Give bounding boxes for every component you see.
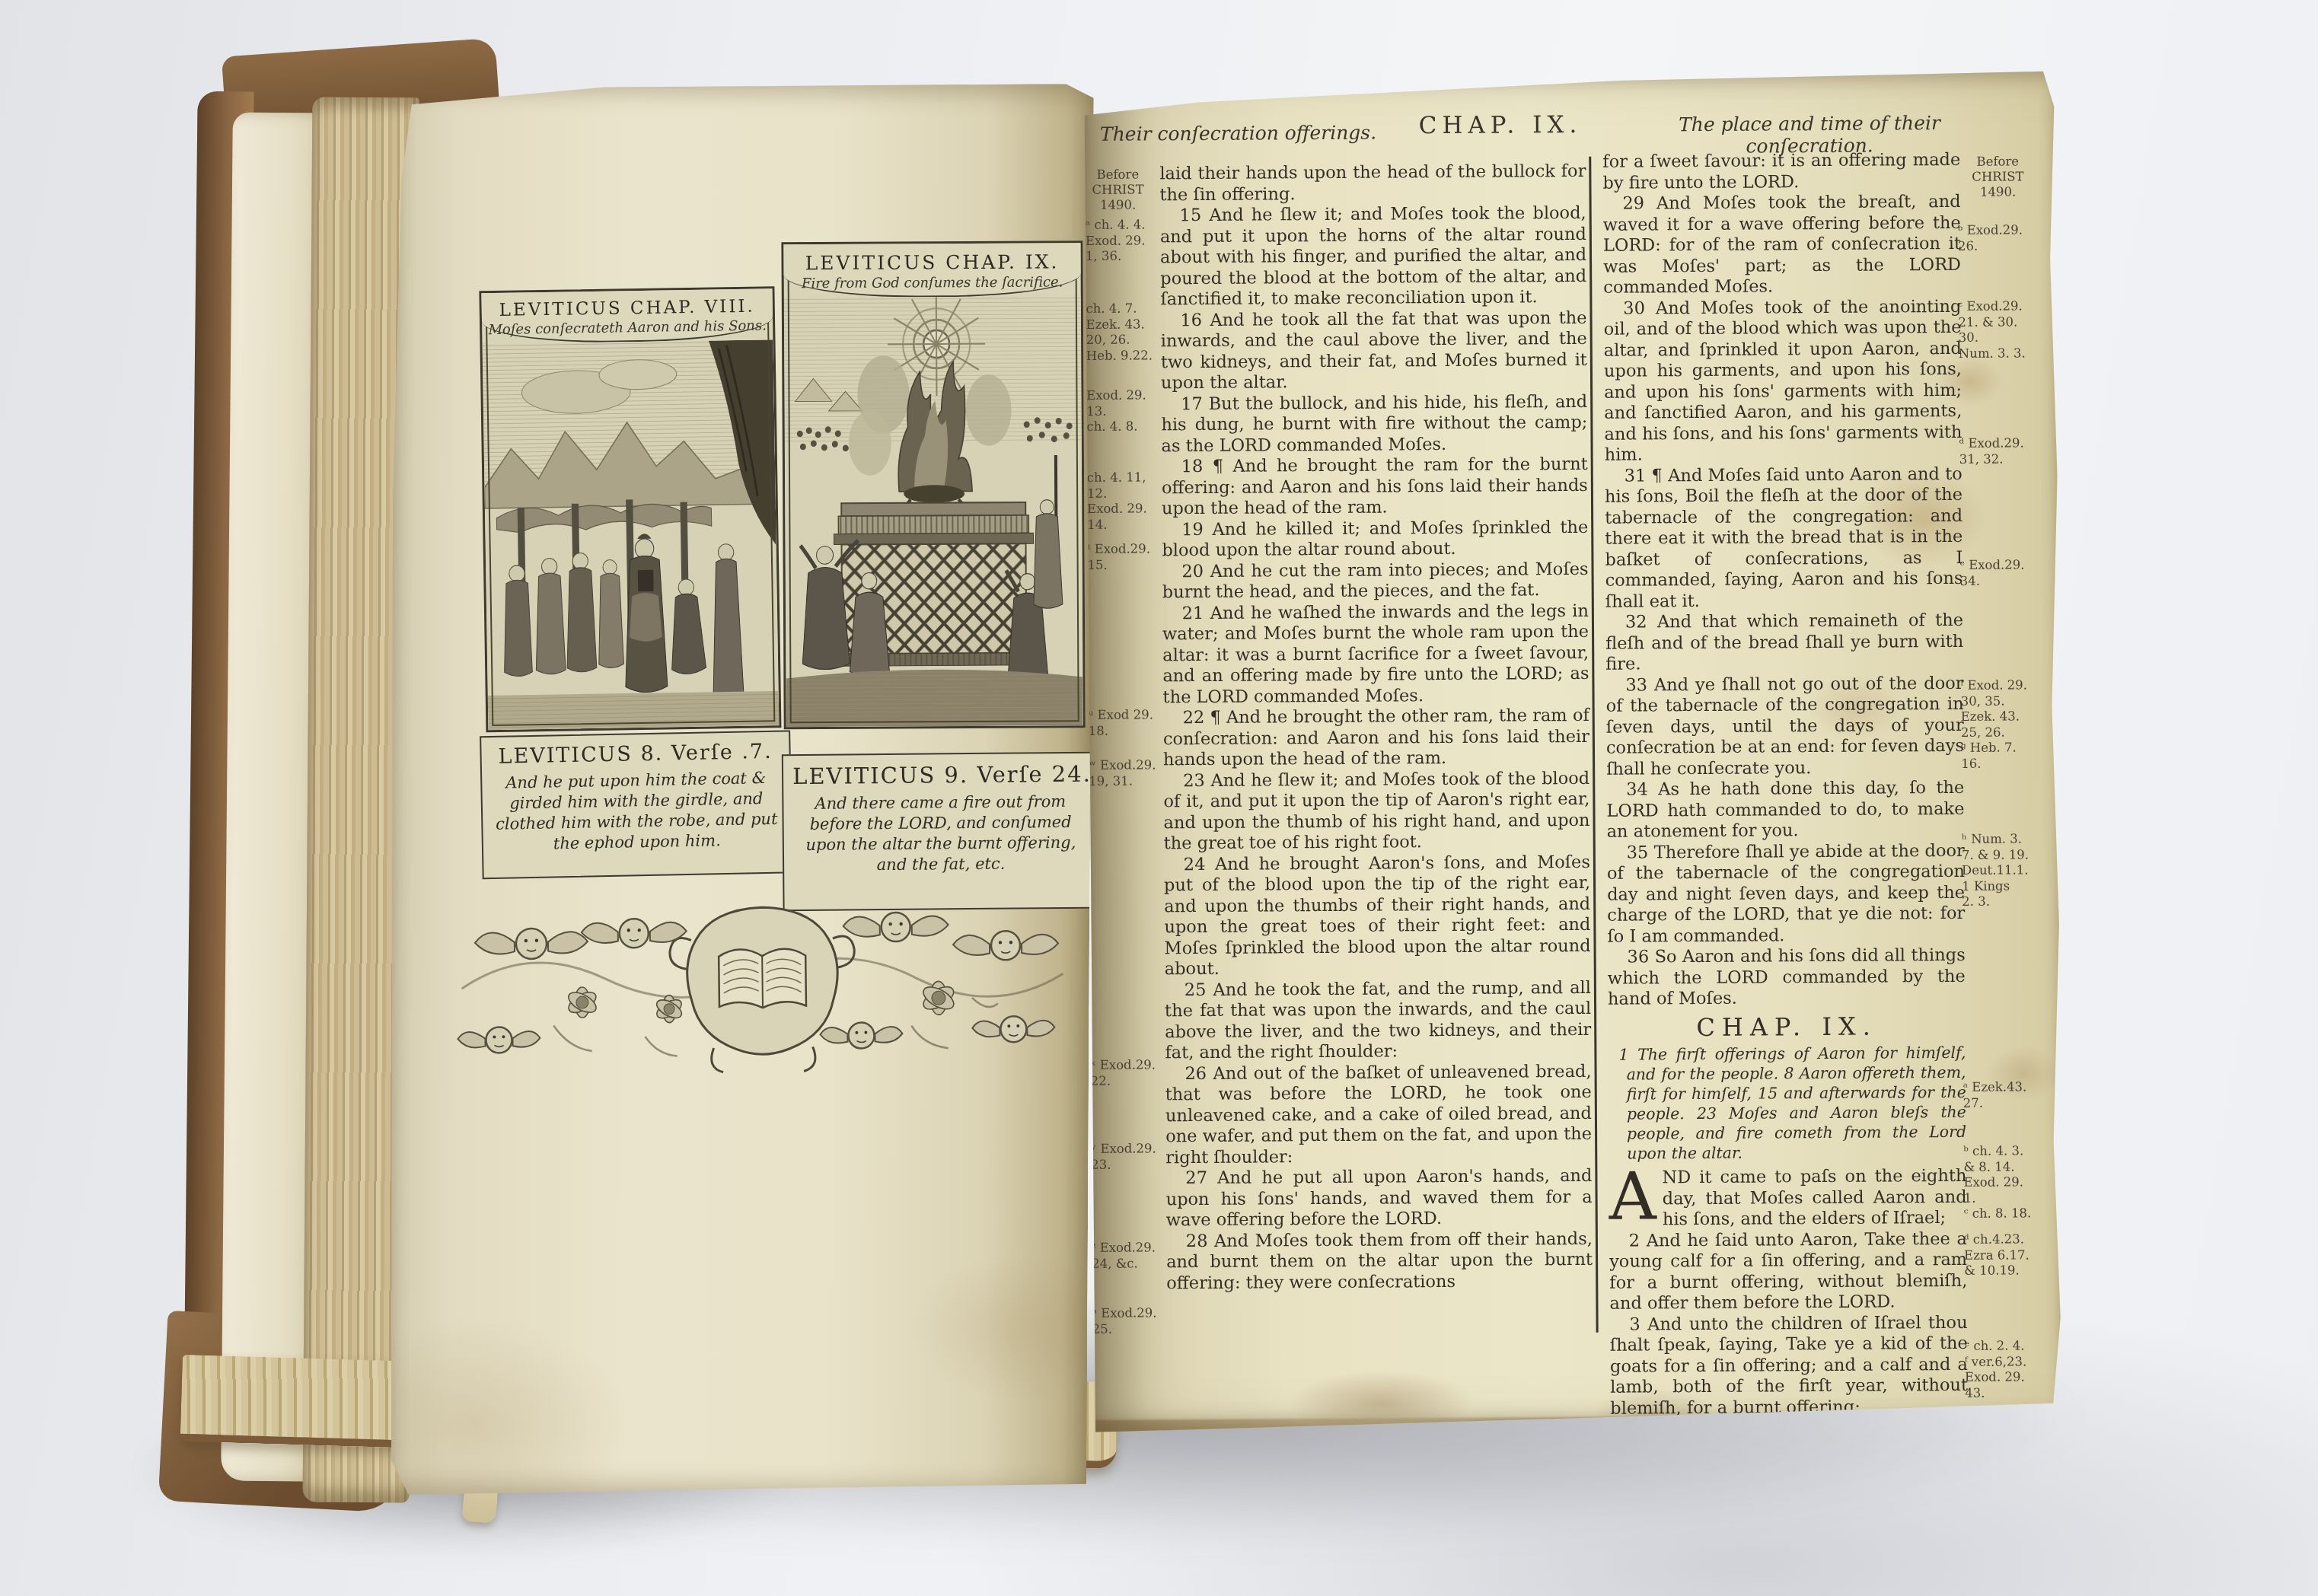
- verse: 33 And ye ſhall not go out of the door o…: [1605, 673, 1964, 779]
- margin-note: ᵘ Exod 29. 18.: [1089, 707, 1159, 739]
- verse: 25 And he took the fat, and the rump, an…: [1165, 977, 1592, 1063]
- caption8-title: LEVITICUS 8. Verſe .7.: [490, 740, 780, 769]
- text-column-left: laid their hands upon the head of the bu…: [1159, 161, 1593, 1294]
- plate9-title-band: LEVITICUS CHAP. IX. Fire from God conſum…: [783, 243, 1080, 298]
- caption8-text: And he put upon him the coat & girded hi…: [491, 768, 782, 855]
- verse: 16 And he took all the fat that was upon…: [1160, 307, 1587, 393]
- verse: 18 ¶ And he brought the ram for the burn…: [1162, 454, 1588, 520]
- margin-note: ch. 4. 7. Ezek. 43. 20, 26. Heb. 9.22.: [1086, 301, 1156, 364]
- verse: 34 As he hath done this day, ſo the LORD…: [1606, 778, 1964, 843]
- cherub-face: [972, 1015, 1054, 1042]
- cherub-face: [475, 928, 588, 960]
- before-christ-date-left: Before CHRIST 1490.: [1083, 167, 1152, 213]
- margin-note: Exod. 29. 13. ch. 4. 8.: [1086, 387, 1156, 435]
- engraving-chap9-scene: [784, 296, 1083, 727]
- plate9-subtitle: Fire from God conſumes the ſacrifice.: [789, 274, 1076, 291]
- verse: 31 ¶ And Moſes ſaid unto Aaron and to hi…: [1605, 464, 1963, 612]
- margin-note: ᵗ Exod.29. 15.: [1087, 541, 1157, 573]
- margin-note: ᵇ ch. 4. 3. & 8. 14. Exod. 29. 1. ᶜ ch. …: [1963, 1143, 2060, 1222]
- margin-note: ᵈ Exod.29. 31, 32.: [1959, 435, 2055, 467]
- verse: 26 And out of the baſket of unleavened b…: [1165, 1061, 1593, 1168]
- chapter-summary: 1 The firſt offerings of Aaron for himſe…: [1608, 1043, 1966, 1164]
- cherub-face: [953, 930, 1058, 960]
- verse: 35 Therefore ſhall ye abide at the door …: [1607, 840, 1966, 947]
- margin-note: ᵉ ch. 2. 4. ᶠ ver.6,23. Exod. 29. 43.: [1965, 1338, 2061, 1401]
- margin-note: ᵉ Exod.29. 34.: [1959, 557, 2055, 589]
- margin-note: ˣ Exod.29. 22.: [1090, 1057, 1160, 1089]
- verse: 3 And unto the children of Iſrael thou ſ…: [1610, 1312, 1969, 1419]
- open-book-cartouche: [669, 906, 856, 1073]
- margin-notes-right: ᵇ Exod.29. 26. ᶜ Exod.29. 21. & 30. 30. …: [1082, 68, 2056, 75]
- chapter-heading: CHAP. IX.: [1608, 1015, 1966, 1038]
- verse: 20 And he cut the ram into pieces; and M…: [1162, 559, 1588, 603]
- verse: 22 ¶ And he brought the other ram, the r…: [1163, 706, 1589, 771]
- verse-continuation: laid their hands upon the head of the bu…: [1159, 161, 1586, 205]
- before-christ-date-right: Before CHRIST 1490.: [1956, 154, 2039, 200]
- margin-note: ᶠ Exod. 29. 30, 35. Ezek. 43. 25, 26. ᵍ …: [1960, 677, 2057, 772]
- verse: 21 And he waſhed the inwards and the leg…: [1162, 600, 1589, 708]
- caption-chap8: LEVITICUS 8. Verſe .7. And he put upon h…: [480, 730, 793, 879]
- verse: 30 And Moſes took of the anointing oil, …: [1603, 296, 1962, 466]
- margin-note: ᵇ Exod.29. 26.: [1958, 222, 2054, 254]
- margin-note: ᵈ ch.4.23. Ezra 6.17. & 10.19.: [1964, 1231, 2060, 1279]
- verse: 19 And he killed it; and Moſes ſprinkled…: [1162, 517, 1588, 561]
- caption9-text: And there came a fire out from before th…: [792, 792, 1089, 876]
- ornament-band: [453, 882, 1073, 1089]
- text-column-right: for a ſweet ſavour: it is an offering ma…: [1602, 150, 1969, 1503]
- verse: 17 But the bullock, and his hide, his fl…: [1161, 391, 1587, 457]
- margin-notes-left: ᵃ ch. 4. 4. Exod. 29. 1, 36. ch. 4. 7. E…: [1082, 68, 2056, 75]
- verse: 2 And he ſaid unto Aaron, Take thee a yo…: [1609, 1228, 1968, 1314]
- left-page: LEVITICUS CHAP. VIII. Moſes conſecrateth…: [387, 81, 1094, 1499]
- engraving-plate-chap8: LEVITICUS CHAP. VIII. Moſes conſecrateth…: [479, 286, 781, 732]
- verse: 32 And that which remaineth of the fleſh…: [1605, 610, 1963, 675]
- margin-note: ᶻ Exod.29. 24, &c.: [1092, 1240, 1162, 1272]
- margin-note: ᵃ Ezek.43. 27.: [1963, 1079, 2059, 1111]
- plate8-title-band: LEVITICUS CHAP. VIII. Moſes conſecrateth…: [481, 288, 773, 344]
- margin-note: ᶜ Exod.29. 21. & 30. 30. Num. 3. 3.: [1958, 298, 2054, 362]
- margin-note: ᵃ ch. 4. 4. Exod. 29. 1, 36.: [1086, 217, 1156, 264]
- margin-note: ʰ Num. 3. 7. & 9. 19. Deut.11.1. 1 Kings…: [1962, 831, 2058, 909]
- drop-cap: A: [1609, 1168, 1663, 1222]
- cherub-face: [820, 1022, 902, 1049]
- verse-continuation: for a ſweet ſavour: it is an offering ma…: [1602, 150, 1960, 194]
- plate9-title: LEVITICUS CHAP. IX.: [788, 250, 1076, 274]
- running-head-left: Their conſecration offerings.: [1100, 122, 1376, 145]
- verse: 36 So Aaron and his ſons did all things …: [1608, 945, 1966, 1010]
- verse: 27 And he put all upon Aaron's hands, an…: [1165, 1166, 1592, 1231]
- margin-note: ʷ Exod.29. 19, 31.: [1089, 757, 1159, 789]
- verse-with-dropcap: AND it came to paſs on the eighth day, t…: [1609, 1166, 1966, 1231]
- margin-note: ʸ Exod.29. 23.: [1091, 1141, 1161, 1173]
- verse: 29 And Moſes took the breaſt, and waved …: [1603, 192, 1962, 298]
- plate8-subtitle: Moſes conſecrateth Aaron and his Sons.: [486, 317, 768, 338]
- right-page: Their conſecration offerings. CHAP. IX. …: [1082, 68, 2065, 1432]
- verse: 24 And he brought Aaron's ſons, and Moſe…: [1164, 852, 1591, 980]
- plate8-title: LEVITICUS CHAP. VIII.: [486, 296, 768, 320]
- verse: 15 And he ſlew it; and Moſes took the bl…: [1160, 203, 1587, 311]
- engraving-plate-chap9: LEVITICUS CHAP. IX. Fire from God conſum…: [781, 241, 1085, 729]
- running-head-chapter: CHAP. IX.: [1371, 111, 1630, 140]
- cherub-face: [582, 918, 687, 948]
- cherub-face: [843, 912, 948, 942]
- verse: 23 And he ſlew it; and Moſes took of the…: [1163, 768, 1590, 854]
- margin-note: ch. 4. 11, 12. Exod. 29. 14.: [1087, 470, 1157, 533]
- margin-note: ᵃ Exod.29. 25.: [1092, 1305, 1162, 1337]
- flower-rosette: [565, 987, 599, 1018]
- verse: 28 And Moſes took them from off their ha…: [1166, 1228, 1593, 1294]
- flower-rosette: [920, 981, 958, 1015]
- caption9-title: LEVITICUS 9. Verſe 24.: [792, 761, 1088, 789]
- flower-rosette: [654, 995, 685, 1022]
- engraving-chap8-scene: [482, 339, 779, 730]
- cherub-face: [458, 1027, 540, 1053]
